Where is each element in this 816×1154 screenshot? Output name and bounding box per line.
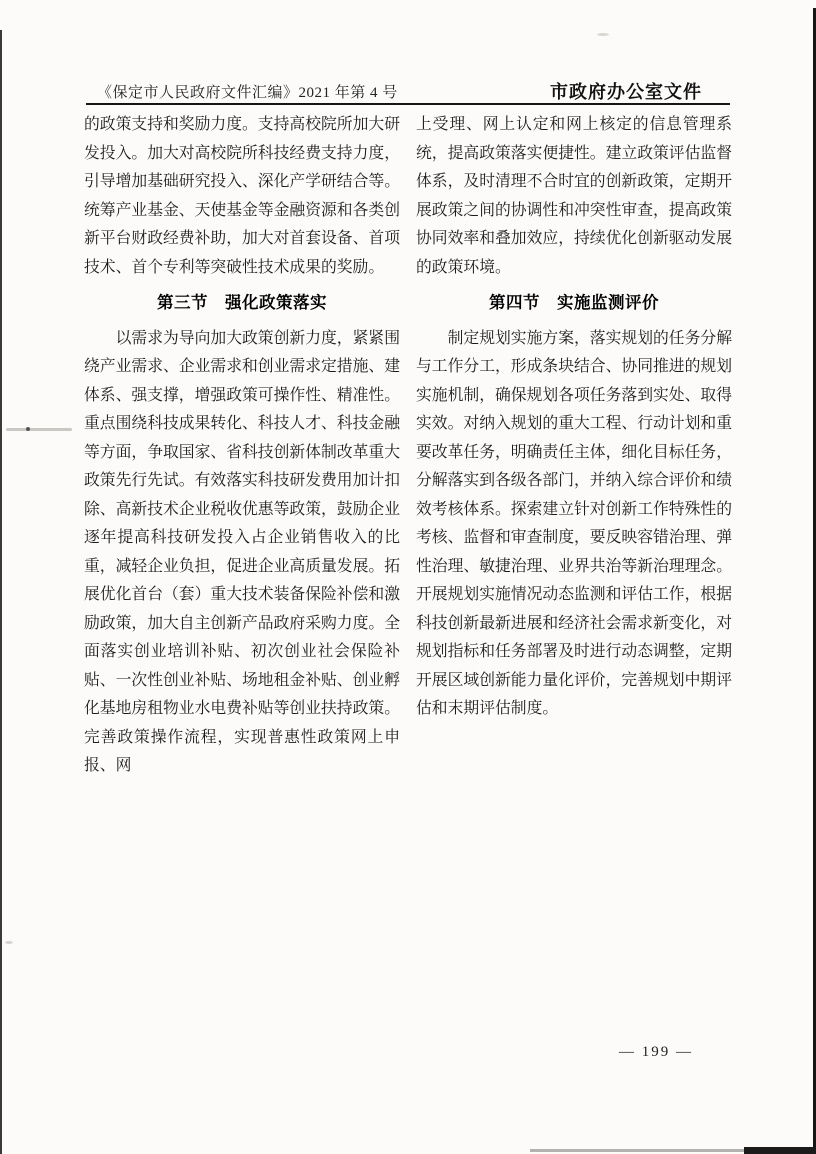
scan-smudge (597, 33, 609, 36)
page-number: — 199 — (619, 1044, 693, 1060)
section-heading: 第三节 强化政策落实 (84, 289, 400, 318)
header-rule (86, 103, 730, 105)
body-paragraph: 的政策支持和奖励力度。支持高校院所加大研发投入。加大对高校院所科技经费支持力度，… (84, 111, 400, 282)
text-column-right: 上受理、网上认定和网上核定的信息管理系统，提高政策落实便捷性。建立政策评估监督体… (416, 111, 732, 781)
page-footer: — 199 — (600, 1044, 712, 1061)
scan-edge-bottom-faint (530, 1149, 748, 1152)
section-heading: 第四节 实施监测评价 (416, 289, 732, 318)
scan-edge-bottom-dark (744, 1147, 816, 1154)
body-paragraph: 以需求为导向加大政策创新力度，紧紧围绕产业需求、企业需求和创业需求定措施、建体系… (84, 325, 400, 781)
body-paragraph: 制定规划实施方案，落实规划的任务分解与工作分工，形成条块结合、协同推进的规划实施… (416, 325, 732, 724)
body-paragraph: 上受理、网上认定和网上核定的信息管理系统，提高政策落实便捷性。建立政策评估监督体… (416, 111, 732, 282)
scan-edge-left (0, 30, 2, 1154)
header-document-category: 市政府办公室文件 (550, 78, 702, 104)
document-body: 的政策支持和奖励力度。支持高校院所加大研发投入。加大对高校院所科技经费支持力度，… (84, 111, 732, 781)
scan-smudge-dot (26, 427, 30, 431)
header-compilation-title: 《保定市人民政府文件汇编》2021 年第 4 号 (97, 81, 398, 102)
document-page: 《保定市人民政府文件汇编》2021 年第 4 号 市政府办公室文件 的政策支持和… (0, 0, 816, 1154)
scan-smudge (5, 941, 13, 944)
text-column-left: 的政策支持和奖励力度。支持高校院所加大研发投入。加大对高校院所科技经费支持力度，… (84, 111, 400, 781)
scan-smudge (6, 428, 72, 431)
